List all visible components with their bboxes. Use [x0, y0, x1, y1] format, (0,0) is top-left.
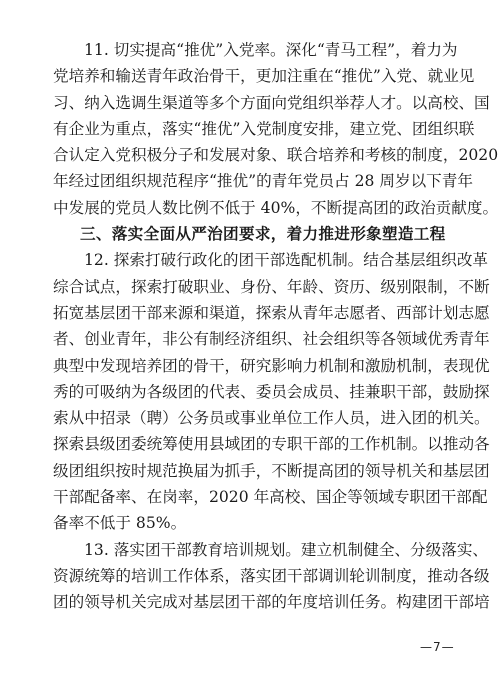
text-line: 团的领导机关完成对基层团干部的年度培训任务。构建团干部培 — [53, 589, 451, 615]
text-line: 合认定入党积极分子和发展对象、联合培养和考核的制度，2020 — [53, 142, 451, 168]
paragraph-11: 11. 切实提高“推优”入党率。深化“青马工程”，着力为 党培养和输送青年政治骨… — [53, 37, 451, 221]
text-line: 索从中招录（聘）公务员或事业单位工作人员，进入团的机关。 — [53, 405, 451, 431]
text-line: 典型中发现培养团的骨干，研究影响力机制和激励机制，表现优 — [53, 353, 451, 379]
document-body: 11. 切实提高“推优”入党率。深化“青马工程”，着力为 党培养和输送青年政治骨… — [53, 37, 451, 616]
text-line: 综合试点，探索打破职业、身份、年龄、资历、级别限制，不断 — [53, 274, 451, 300]
text-line: 干部配备率、在岗率，2020 年高校、国企等领域专职团干部配 — [53, 484, 451, 510]
text-line: 习、纳入选调生渠道等多个方面向党组织举荐人才。以高校、国 — [53, 90, 451, 116]
text-line: 11. 切实提高“推优”入党率。深化“青马工程”，着力为 — [53, 37, 451, 63]
paragraph-12: 12. 探索打破行政化的团干部选配机制。结合基层组织改革 综合试点，探索打破职业… — [53, 247, 451, 536]
section-heading: 三、落实全面从严治团要求，着力推进形象塑造工程 — [53, 221, 451, 247]
text-line: 党培养和输送青年政治骨干，更加注重在“推优”入党、就业见 — [53, 63, 451, 89]
paragraph-13: 13. 落实团干部教育培训规划。建立机制健全、分级落实、 资源统筹的培训工作体系… — [53, 537, 451, 616]
text-line: 12. 探索打破行政化的团干部选配机制。结合基层组织改革 — [53, 247, 451, 273]
text-line: 中发展的党员人数比例不低于 40%，不断提高团的政治贡献度。 — [53, 195, 451, 221]
text-line: 探索县级团委统筹使用县域团的专职干部的工作机制。以推动各 — [53, 431, 451, 457]
page-number: —7— — [420, 640, 455, 654]
text-line: 备率不低于 85%。 — [53, 510, 451, 536]
text-line: 有企业为重点，落实“推优”入党制度安排，建立党、团组织联 — [53, 116, 451, 142]
text-line: 者、创业青年，非公有制经济组织、社会组织等各领域优秀青年 — [53, 326, 451, 352]
document-page: 11. 切实提高“推优”入党率。深化“青马工程”，着力为 党培养和输送青年政治骨… — [0, 0, 500, 687]
text-line: 年经过团组织规范程序“推优”的青年党员占 28 周岁以下青年 — [53, 168, 451, 194]
text-line: 拓宽基层团干部来源和渠道，探索从青年志愿者、西部计划志愿 — [53, 300, 451, 326]
text-line: 资源统筹的培训工作体系，落实团干部调训轮训制度，推动各级 — [53, 563, 451, 589]
text-line: 秀的可吸纳为各级团的代表、委员会成员、挂兼职干部，鼓励探 — [53, 379, 451, 405]
text-line: 13. 落实团干部教育培训规划。建立机制健全、分级落实、 — [53, 537, 451, 563]
text-line: 级团组织按时规范换届为抓手，不断提高团的领导机关和基层团 — [53, 458, 451, 484]
